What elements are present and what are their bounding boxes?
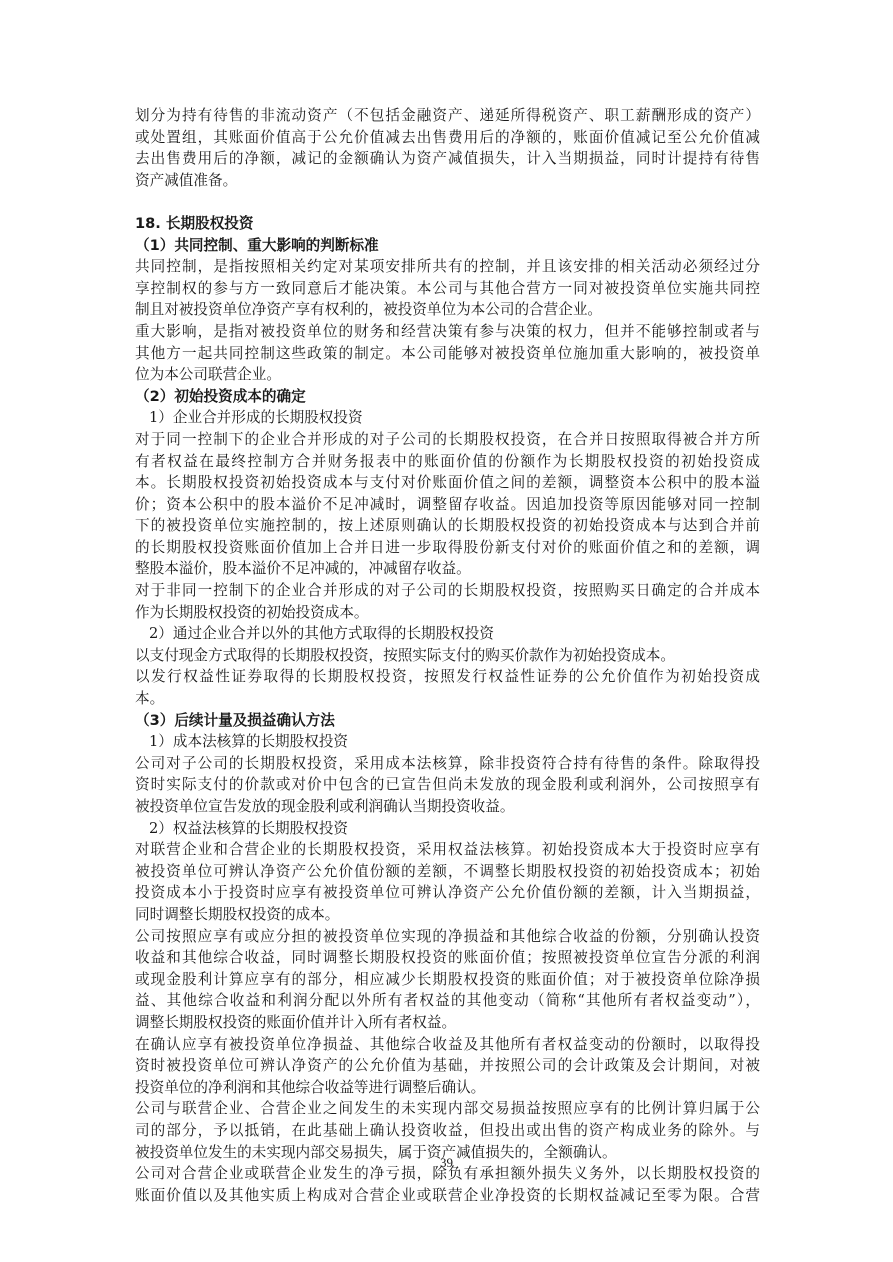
text-line: 对于非同一控制下的企业合并形成的对子公司的长期股权投资，按照购买日确定的合并成本 bbox=[135, 580, 760, 602]
text-line: 资时被投资单位可辨认净资产的公允价值为基础，并按照公司的会计政策及会计期间，对被 bbox=[135, 1055, 760, 1077]
text-line: 有者权益在最终控制方合并财务报表中的账面价值的份额作为长期股权投资的初始投资成 bbox=[135, 451, 760, 473]
text-line: 本。长期股权投资初始投资成本与支付对价账面价值之间的差额，调整资本公积中的股本溢 bbox=[135, 472, 760, 494]
subsection-label: 2）通过企业合并以外的其他方式取得的长期股权投资 bbox=[135, 623, 760, 645]
text-line: 重大影响，是指对被投资单位的财务和经营决策有参与决策的权力，但并不能够控制或者与 bbox=[135, 321, 760, 343]
text-line: 益、其他综合收益和利润分配以外所有者权益的其他变动（简称“其他所有者权益变动”）… bbox=[135, 990, 760, 1012]
text-line: 作为长期股权投资的初始投资成本。 bbox=[135, 602, 760, 624]
text-line: 资产减值准备。 bbox=[135, 170, 760, 192]
text-line: 或处置组，其账面价值高于公允价值减去出售费用后的净额的，账面价值减记至公允价值减 bbox=[135, 127, 760, 149]
text-line: 公司按照应享有或应分担的被投资单位实现的净损益和其他综合收益的份额，分别确认投资 bbox=[135, 926, 760, 948]
text-line: 本。 bbox=[135, 688, 760, 710]
section-heading: （1）共同控制、重大影响的判断标准 bbox=[135, 235, 760, 257]
page-number: 39 bbox=[0, 1155, 893, 1171]
text-line: 在确认应享有被投资单位净损益、其他综合收益及其他所有者权益变动的份额时，以取得投 bbox=[135, 1034, 760, 1056]
text-line: 划分为持有待售的非流动资产（不包括金融资产、递延所得税资产、职工薪酬形成的资产） bbox=[135, 105, 760, 127]
text-line: 其他方一起共同控制这些政策的制定。本公司能够对被投资单位施加重大影响的，被投资单 bbox=[135, 343, 760, 365]
text-line: 整股本溢价，股本溢价不足冲减的，冲减留存收益。 bbox=[135, 558, 760, 580]
text-line: 同时调整长期股权投资的成本。 bbox=[135, 904, 760, 926]
text-line: 投资单位的净利润和其他综合收益等进行调整后确认。 bbox=[135, 1077, 760, 1099]
blank-line bbox=[135, 191, 760, 213]
text-line: 司的部分，予以抵销，在此基础上确认投资收益，但投出或出售的资产构成业务的除外。与 bbox=[135, 1120, 760, 1142]
section-heading: （2）初始投资成本的确定 bbox=[135, 386, 760, 408]
text-line: 以发行权益性证券取得的长期股权投资，按照发行权益性证券的公允价值作为初始投资成 bbox=[135, 666, 760, 688]
text-line: 共同控制，是指按照相关约定对某项安排所共有的控制，并且该安排的相关活动必须经过分 bbox=[135, 256, 760, 278]
section-heading: 18. 长期股权投资 bbox=[135, 213, 760, 235]
text-line: 去出售费用后的净额，减记的金额确认为资产减值损失，计入当期损益，同时计提持有待售 bbox=[135, 148, 760, 170]
subsection-label: 1）成本法核算的长期股权投资 bbox=[135, 731, 760, 753]
text-line: 投资成本小于投资时应享有被投资单位可辨认净资产公允价值份额的差额，计入当期损益， bbox=[135, 882, 760, 904]
text-line: 调整长期股权投资的账面价值并计入所有者权益。 bbox=[135, 1012, 760, 1034]
text-line: 收益和其他综合收益，同时调整长期股权投资的账面价值；按照被投资单位宣告分派的利润 bbox=[135, 947, 760, 969]
text-line: 以支付现金方式取得的长期股权投资，按照实际支付的购买价款作为初始投资成本。 bbox=[135, 645, 760, 667]
subsection-label: 2）权益法核算的长期股权投资 bbox=[135, 818, 760, 840]
text-line: 对于同一控制下的企业合并形成的对子公司的长期股权投资，在合并日按照取得被合并方所 bbox=[135, 429, 760, 451]
text-line: 位为本公司联营企业。 bbox=[135, 364, 760, 386]
text-line: 对联营企业和合营企业的长期股权投资，采用权益法核算。初始投资成本大于投资时应享有 bbox=[135, 839, 760, 861]
text-line: 资时实际支付的价款或对价中包含的已宣告但尚未发放的现金股利或利润外，公司按照享有 bbox=[135, 774, 760, 796]
text-line: 下的被投资单位实施控制的，按上述原则确认的长期股权投资的初始投资成本与达到合并前 bbox=[135, 515, 760, 537]
subsection-label: 1）企业合并形成的长期股权投资 bbox=[135, 407, 760, 429]
text-line: 享控制权的参与方一致同意后才能决策。本公司与其他合营方一同对被投资单位实施共同控 bbox=[135, 278, 760, 300]
text-line: 公司对子公司的长期股权投资，采用成本法核算，除非投资符合持有待售的条件。除取得投 bbox=[135, 753, 760, 775]
text-line: 公司与联营企业、合营企业之间发生的未实现内部交易损益按照应享有的比例计算归属于公 bbox=[135, 1098, 760, 1120]
text-line: 价；资本公积中的股本溢价不足冲减时，调整留存收益。因追加投资等原因能够对同一控制 bbox=[135, 494, 760, 516]
text-line: 制且对被投资单位净资产享有权利的，被投资单位为本公司的合营企业。 bbox=[135, 299, 760, 321]
document-page-body: 划分为持有待售的非流动资产（不包括金融资产、递延所得税资产、职工薪酬形成的资产）… bbox=[135, 105, 760, 1206]
text-line: 账面价值以及其他实质上构成对合营企业或联营企业净投资的长期权益减记至零为限。合营 bbox=[135, 1185, 760, 1207]
section-heading: （3）后续计量及损益确认方法 bbox=[135, 710, 760, 732]
text-line: 被投资单位可辨认净资产公允价值份额的差额，不调整长期股权投资的初始投资成本；初始 bbox=[135, 861, 760, 883]
text-line: 的长期股权投资账面价值加上合并日进一步取得股份新支付对价的账面价值之和的差额，调 bbox=[135, 537, 760, 559]
text-line: 被投资单位宣告发放的现金股利或利润确认当期投资收益。 bbox=[135, 796, 760, 818]
text-line: 或现金股利计算应享有的部分，相应减少长期股权投资的账面价值；对于被投资单位除净损 bbox=[135, 969, 760, 991]
